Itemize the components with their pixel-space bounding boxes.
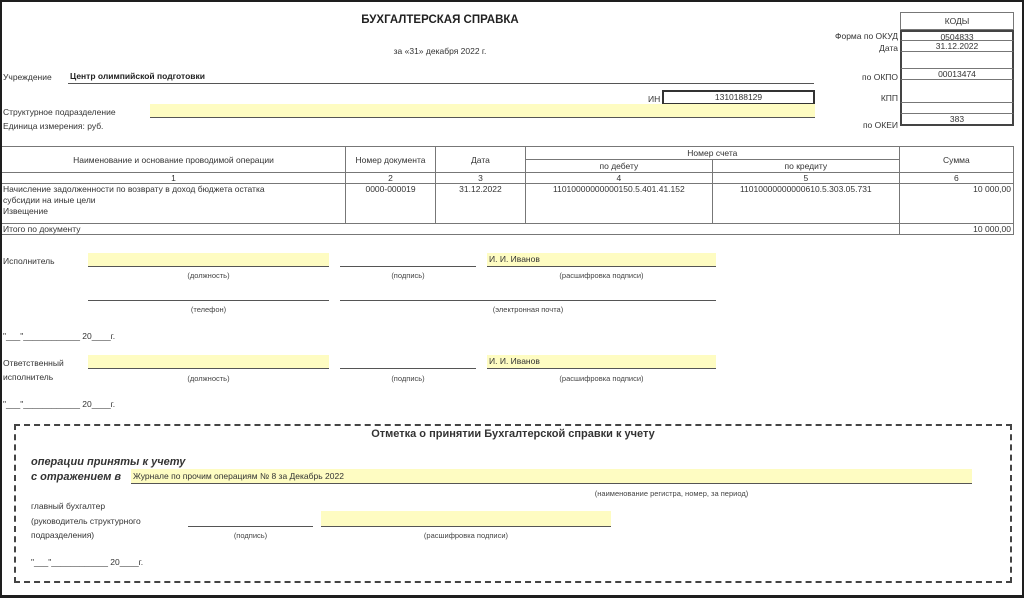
executor-position-field[interactable] (88, 253, 329, 267)
acceptance-line2: с отражением в (31, 471, 121, 483)
acceptance-date: "___"____________ 20____г. (31, 557, 143, 567)
code-okei[interactable]: 383 (900, 114, 1014, 126)
unit-label: Единица измерения: руб. (3, 121, 103, 131)
acceptance-box (14, 424, 1012, 583)
acceptance-title: Отметка о принятии Бухгалтерской справки… (14, 428, 1012, 440)
col-header-account: Номер счета (525, 147, 899, 160)
total-row: Итого по документу 10 000,00 (2, 224, 1014, 235)
executor-signature-field[interactable] (340, 253, 476, 267)
code-okpo[interactable]: 00013474 (900, 69, 1014, 80)
executor-name-field[interactable]: И. И. Иванов (487, 253, 716, 267)
chief-name-field[interactable] (321, 511, 611, 527)
col-header-name: Наименование и основание проводимой опер… (2, 147, 346, 173)
codes-table: КОДЫ 0504833 31.12.2022 00013474 383 (900, 12, 1014, 126)
inn-label: ИН (648, 94, 660, 104)
total-sum: 10 000,00 (899, 224, 1013, 235)
institution-field[interactable]: Центр олимпийской подготовки (68, 71, 814, 84)
cell-date: 31.12.2022 (435, 184, 525, 224)
code-empty-1[interactable] (900, 52, 1014, 69)
responsible-signature-field[interactable] (340, 355, 476, 369)
codes-label-date: Дата (798, 43, 898, 53)
responsible-name-caption: (расшифровка подписи) (487, 374, 716, 383)
division-field[interactable] (150, 104, 815, 118)
executor-name-caption: (расшифровка подписи) (487, 271, 716, 280)
division-label: Структурное подразделение (3, 107, 116, 117)
codes-label-okei: по ОКЕИ (798, 120, 898, 130)
codes-header: КОДЫ (900, 12, 1014, 30)
responsible-position-field[interactable] (88, 355, 329, 369)
inn-field[interactable]: 1310188129 (662, 90, 815, 105)
cell-credit: 11010000000000610.5.303.05.731 (712, 184, 899, 224)
executor-date: "___"____________ 20____г. (3, 331, 115, 341)
col-header-doc-number: Номер документа (346, 147, 436, 173)
operation-name-line3: Извещение (3, 206, 343, 217)
operation-name-line2: субсидии на иные цели (3, 195, 343, 206)
col-num-4: 4 (525, 173, 712, 184)
chief-label-line1: главный бухгалтер (31, 501, 105, 511)
chief-signature-caption: (подпись) (188, 531, 313, 540)
responsible-label-line1: Ответственный (3, 358, 64, 368)
codes-label-okud: Форма по ОКУД (798, 31, 898, 41)
executor-label: Исполнитель (3, 256, 55, 266)
chief-label-line2: (руководитель структурного (31, 516, 141, 526)
register-caption: (наименование регистра, номер, за период… (131, 489, 972, 498)
col-num-2: 2 (346, 173, 436, 184)
chief-label-line3: подразделения) (31, 530, 94, 540)
cell-debit: 11010000000000150.5.401.41.152 (525, 184, 712, 224)
cell-sum: 10 000,00 (899, 184, 1013, 224)
col-num-6: 6 (899, 173, 1013, 184)
executor-email-field[interactable] (340, 287, 716, 301)
col-num-1: 1 (2, 173, 346, 184)
document-date: за «31» декабря 2022 г. (300, 46, 580, 56)
col-header-date: Дата (435, 147, 525, 173)
acceptance-line1: операции приняты к учету (31, 456, 185, 468)
responsible-date: "___"____________ 20____г. (3, 399, 115, 409)
executor-position-caption: (должность) (88, 271, 329, 280)
code-empty-2[interactable] (900, 103, 1014, 114)
cell-operation-name: Начисление задолженности по возврату в д… (2, 184, 346, 224)
responsible-signature-caption: (подпись) (340, 374, 476, 383)
executor-email-caption: (электронная почта) (340, 305, 716, 314)
col-num-3: 3 (435, 173, 525, 184)
chief-signature-field[interactable] (188, 513, 313, 527)
total-label: Итого по документу (2, 224, 899, 235)
table-header-row: Наименование и основание проводимой опер… (2, 147, 1014, 160)
column-numbers-row: 1 2 3 4 5 6 (2, 173, 1014, 184)
code-kpp[interactable] (900, 80, 1014, 103)
responsible-position-caption: (должность) (88, 374, 329, 383)
executor-phone-caption: (телефон) (88, 305, 329, 314)
executor-phone-field[interactable] (88, 287, 329, 301)
responsible-label-line2: исполнитель (3, 372, 53, 382)
cell-doc-number: 0000-000019 (346, 184, 436, 224)
col-header-credit: по кредиту (712, 160, 899, 173)
operation-name-line1: Начисление задолженности по возврату в д… (3, 184, 343, 195)
chief-name-caption: (расшифровка подписи) (321, 531, 611, 540)
col-header-sum: Сумма (899, 147, 1013, 173)
code-date[interactable]: 31.12.2022 (900, 41, 1014, 52)
col-header-debit: по дебету (525, 160, 712, 173)
register-field[interactable]: Журнале по прочим операциям № 8 за Декаб… (131, 469, 972, 484)
institution-label: Учреждение (3, 72, 52, 82)
operations-table: Наименование и основание проводимой опер… (2, 146, 1014, 235)
table-row[interactable]: Начисление задолженности по возврату в д… (2, 184, 1014, 224)
document-title: БУХГАЛТЕРСКАЯ СПРАВКА (300, 14, 580, 26)
col-num-5: 5 (712, 173, 899, 184)
executor-signature-caption: (подпись) (340, 271, 476, 280)
code-okud[interactable]: 0504833 (900, 30, 1014, 41)
responsible-name-field[interactable]: И. И. Иванов (487, 355, 716, 369)
